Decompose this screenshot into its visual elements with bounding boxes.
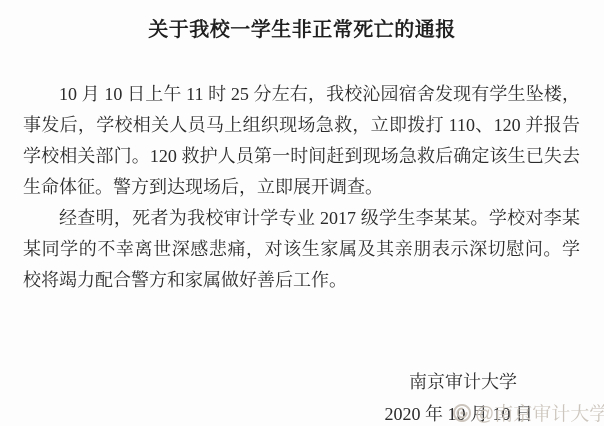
- notice-body: 10 月 10 日上午 11 时 25 分左右，我校沁园宿舍发现有学生坠楼，事发…: [23, 79, 580, 296]
- notice-paragraph-2: 经查明，死者为我校审计学专业 2017 级学生李某某。学校对李某某同学的不幸离世…: [23, 203, 580, 296]
- notice-document: 关于我校一学生非正常死亡的通报 10 月 10 日上午 11 时 25 分左右，…: [0, 0, 604, 426]
- signature-date: 2020 年 10 月 10 日: [385, 400, 534, 426]
- signature-org: 南京审计大学: [409, 368, 517, 394]
- notice-title: 关于我校一学生非正常死亡的通报: [0, 13, 604, 42]
- notice-paragraph-1: 10 月 10 日上午 11 时 25 分左右，我校沁园宿舍发现有学生坠楼，事发…: [23, 79, 580, 203]
